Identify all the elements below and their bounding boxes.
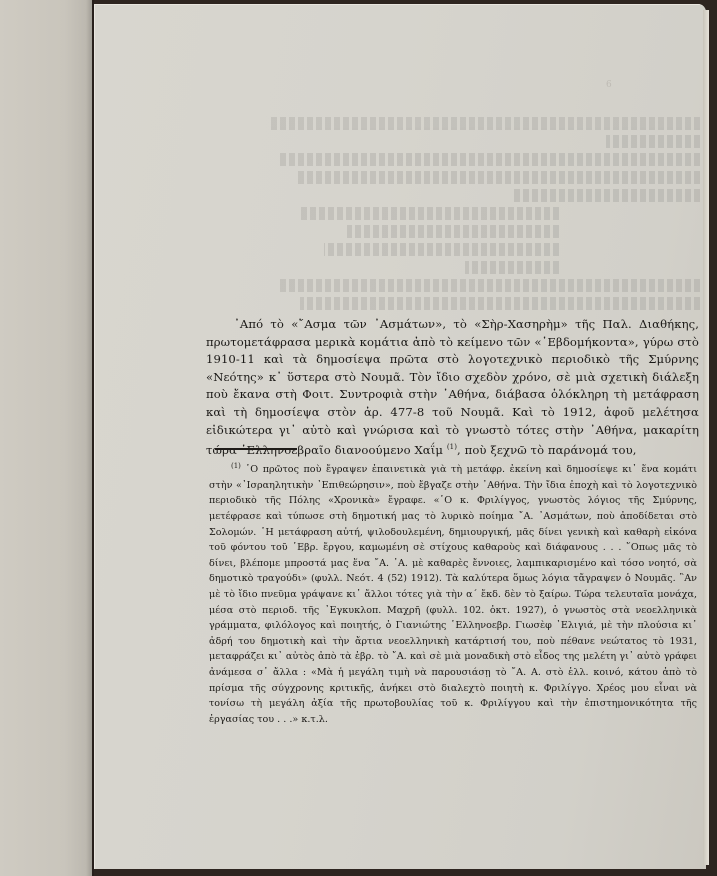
left-page <box>0 0 92 876</box>
footnote: (1) ῾Ο πρῶτος ποὺ ἔγραψεν ἐπαινετικὰ γιὰ… <box>209 459 697 727</box>
footnote-separator <box>215 448 297 450</box>
book-spine <box>86 0 94 876</box>
page-edge <box>703 10 709 865</box>
main-paragraph: ᾿Από τὸ «῎Ασμα τῶν ᾿Ασμάτων», τὸ «Σὴρ-Χα… <box>206 316 699 460</box>
show-through-text <box>230 112 700 315</box>
footnote-reference[interactable]: (1) <box>447 443 457 451</box>
paragraph-tail: , ποὺ ξεχνῶ τὸ παράνομά του, <box>457 443 637 457</box>
page-number: 6 <box>606 80 612 90</box>
footnote-text: ῾Ο πρῶτος ποὺ ἔγραψεν ἐπαινετικὰ γιὰ τὴ … <box>209 464 697 725</box>
paragraph-text: ᾿Από τὸ «῎Ασμα τῶν ᾿Ασμάτων», τὸ «Σὴρ-Χα… <box>206 317 699 457</box>
footnote-marker: (1) <box>231 462 241 470</box>
